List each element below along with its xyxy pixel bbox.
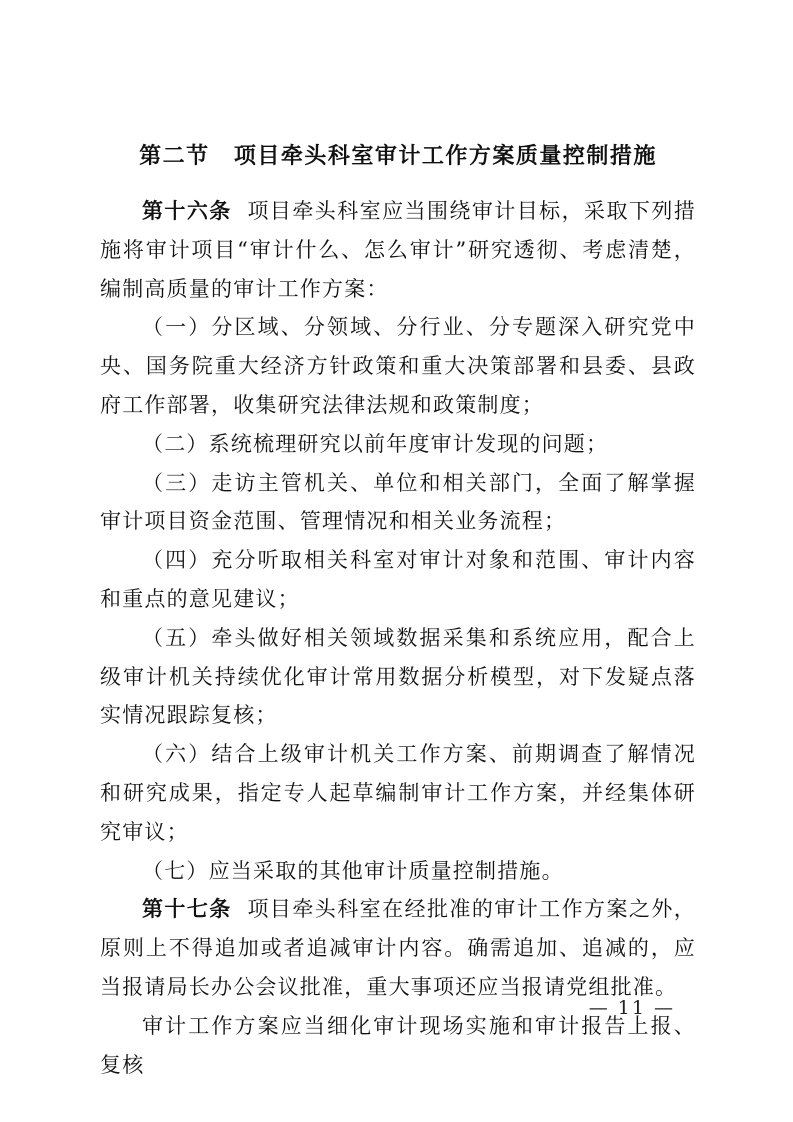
paragraph-text: 审计工作方案应当细化审计现场实施和审计报告上报、复核 xyxy=(100,1014,696,1077)
paragraph: 第十六条项目牵头科室应当围绕审计目标，采取下列措施将审计项目“审计什么、怎么审计… xyxy=(100,192,696,308)
document-body: 第十六条项目牵头科室应当围绕审计目标，采取下列措施将审计项目“审计什么、怎么审计… xyxy=(100,192,696,1084)
paragraph: （四）充分听取相关科室对审计对象和范围、审计内容和重点的意见建议； xyxy=(100,541,696,619)
paragraph-text: （四）充分听取相关科室对审计对象和范围、审计内容和重点的意见建议； xyxy=(100,548,696,611)
document-content: 第二节项目牵头科室审计工作方案质量控制措施 第十六条项目牵头科室应当围绕审计目标… xyxy=(100,136,696,1084)
paragraph-text: （二）系统梳理研究以前年度审计发现的问题； xyxy=(142,432,608,456)
paragraph: （七）应当采取的其他审计质量控制措施。 xyxy=(100,852,696,891)
paragraph-text: （一）分区域、分领域、分行业、分专题深入研究党中央、国务院重大经济方针政策和重大… xyxy=(100,315,696,417)
article-number: 第十六条 xyxy=(142,198,232,223)
paragraph: （一）分区域、分领域、分行业、分专题深入研究党中央、国务院重大经济方针政策和重大… xyxy=(100,308,696,424)
article-number: 第十七条 xyxy=(142,896,232,921)
paragraph-text: （六）结合上级审计机关工作方案、前期调查了解情况和研究成果，指定专人起草编制审计… xyxy=(100,742,696,844)
paragraph-text: （五）牵头做好相关领域数据采集和系统应用，配合上级审计机关持续优化审计常用数据分… xyxy=(100,626,696,728)
paragraph-text: （三）走访主管机关、单位和相关部门，全面了解掌握审计项目资金范围、管理情况和相关… xyxy=(100,471,696,534)
paragraph-text: （七）应当采取的其他审计质量控制措施。 xyxy=(142,859,564,883)
section-label: 第二节 xyxy=(139,143,210,169)
document-page: 第二节项目牵头科室审计工作方案质量控制措施 第十六条项目牵头科室应当围绕审计目标… xyxy=(0,0,793,1122)
section-title: 项目牵头科室审计工作方案质量控制措施 xyxy=(234,143,657,169)
paragraph: （三）走访主管机关、单位和相关部门，全面了解掌握审计项目资金范围、管理情况和相关… xyxy=(100,464,696,542)
page-number: — 11 — xyxy=(589,997,675,1019)
paragraph: （六）结合上级审计机关工作方案、前期调查了解情况和研究成果，指定专人起草编制审计… xyxy=(100,735,696,851)
paragraph: （五）牵头做好相关领域数据采集和系统应用，配合上级审计机关持续优化审计常用数据分… xyxy=(100,619,696,735)
paragraph: （二）系统梳理研究以前年度审计发现的问题； xyxy=(100,425,696,464)
paragraph: 第十七条项目牵头科室在经批准的审计工作方案之外，原则上不得追加或者追减审计内容。… xyxy=(100,890,696,1006)
section-heading: 第二节项目牵头科室审计工作方案质量控制措施 xyxy=(100,136,696,176)
